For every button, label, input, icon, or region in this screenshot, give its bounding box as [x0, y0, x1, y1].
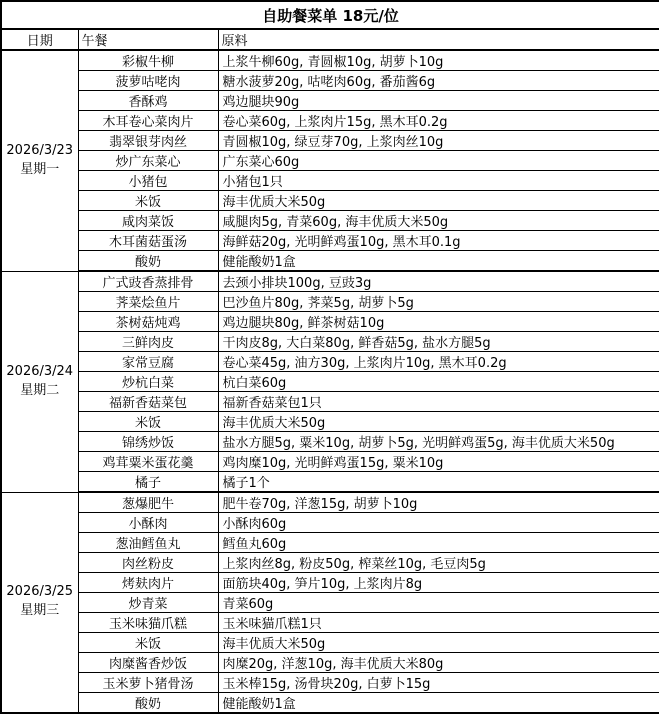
weekday-line: 星期三: [2, 602, 78, 621]
dish-name-cell: 福新香菇菜包: [78, 392, 218, 412]
dish-name-cell: 炒青菜: [78, 593, 218, 613]
column-header-date: 日期: [1, 29, 78, 50]
ingredients-cell: 鳕鱼丸60g: [218, 533, 659, 553]
dish-name-cell: 香酥鸡: [78, 91, 218, 111]
dish-name-cell: 荠菜烩鱼片: [78, 292, 218, 312]
table-row: 玉米萝卜猪骨汤 玉米棒15g, 汤骨块20g, 白萝卜15g: [1, 673, 659, 693]
dish-name-cell: 炒广东菜心: [78, 151, 218, 171]
dish-name-cell: 肉糜酱香炒饭: [78, 653, 218, 673]
ingredients-cell: 面筋块40g, 笋片10g, 上浆肉片8g: [218, 573, 659, 593]
dish-name-cell: 小猪包: [78, 171, 218, 191]
ingredients-cell: 橘子1个: [218, 472, 659, 493]
table-row: 福新香菇菜包 福新香菇菜包1只: [1, 392, 659, 412]
table-row: 炒广东菜心 广东菜心60g: [1, 151, 659, 171]
table-row: 菠萝咕咾肉 糖水菠萝20g, 咕咾肉60g, 番茄酱6g: [1, 71, 659, 91]
ingredients-cell: 青菜60g: [218, 593, 659, 613]
table-row: 橘子 橘子1个: [1, 472, 659, 493]
dish-name-cell: 家常豆腐: [78, 352, 218, 372]
column-header-ingredients: 原料: [218, 29, 659, 50]
title-row: 自助餐菜单 18元/位: [1, 1, 659, 29]
page-title: 自助餐菜单 18元/位: [1, 1, 659, 29]
date-cell: 2026/3/25星期三: [1, 492, 78, 713]
ingredients-cell: 青圆椒10g, 绿豆芽70g, 上浆肉丝10g: [218, 131, 659, 151]
weekday-line: 星期一: [2, 161, 78, 180]
table-row: 木耳卷心菜肉片 卷心菜60g, 上浆肉片15g, 黑木耳0.2g: [1, 111, 659, 131]
table-row: 酸奶 健能酸奶1盒: [1, 251, 659, 272]
table-row: 葱油鳕鱼丸 鳕鱼丸60g: [1, 533, 659, 553]
dish-name-cell: 酸奶: [78, 693, 218, 714]
dish-name-cell: 咸肉菜饭: [78, 211, 218, 231]
ingredients-cell: 鸡边腿块80g, 鲜茶树菇10g: [218, 312, 659, 332]
table-row: 小猪包 小猪包1只: [1, 171, 659, 191]
date-line: 2026/3/24: [2, 363, 78, 382]
dish-name-cell: 玉米味猫爪糕: [78, 613, 218, 633]
ingredients-cell: 玉米味猫爪糕1只: [218, 613, 659, 633]
ingredients-cell: 海丰优质大米50g: [218, 633, 659, 653]
ingredients-cell: 健能酸奶1盒: [218, 251, 659, 272]
dish-name-cell: 炒杭白菜: [78, 372, 218, 392]
table-row: 炒杭白菜 杭白菜60g: [1, 372, 659, 392]
ingredients-cell: 杭白菜60g: [218, 372, 659, 392]
ingredients-cell: 卷心菜45g, 油方30g, 上浆肉片10g, 黑木耳0.2g: [218, 352, 659, 372]
dish-name-cell: 米饭: [78, 412, 218, 432]
dish-name-cell: 木耳菌菇蛋汤: [78, 231, 218, 251]
dish-name-cell: 烤麸肉片: [78, 573, 218, 593]
table-row: 木耳菌菇蛋汤 海鲜菇20g, 光明鲜鸡蛋10g, 黑木耳0.1g: [1, 231, 659, 251]
dish-name-cell: 茶树菇炖鸡: [78, 312, 218, 332]
dish-name-cell: 翡翠银芽肉丝: [78, 131, 218, 151]
ingredients-cell: 糖水菠萝20g, 咕咾肉60g, 番茄酱6g: [218, 71, 659, 91]
table-row: 米饭 海丰优质大米50g: [1, 412, 659, 432]
ingredients-cell: 上浆肉丝8g, 粉皮50g, 榨菜丝10g, 毛豆肉5g: [218, 553, 659, 573]
dish-name-cell: 菠萝咕咾肉: [78, 71, 218, 91]
table-row: 2026/3/23星期一 彩椒牛柳 上浆牛柳60g, 青圆椒10g, 胡萝卜10…: [1, 50, 659, 71]
ingredients-cell: 小猪包1只: [218, 171, 659, 191]
ingredients-cell: 福新香菇菜包1只: [218, 392, 659, 412]
column-header-row: 日期 午餐 原料: [1, 29, 659, 50]
ingredients-cell: 小酥肉60g: [218, 513, 659, 533]
ingredients-cell: 去颈小排块100g, 豆豉3g: [218, 271, 659, 292]
table-row: 翡翠银芽肉丝 青圆椒10g, 绿豆芽70g, 上浆肉丝10g: [1, 131, 659, 151]
table-row: 肉丝粉皮 上浆肉丝8g, 粉皮50g, 榨菜丝10g, 毛豆肉5g: [1, 553, 659, 573]
table-row: 烤麸肉片 面筋块40g, 笋片10g, 上浆肉片8g: [1, 573, 659, 593]
table-row: 锦绣炒饭 盐水方腿5g, 粟米10g, 胡萝卜5g, 光明鲜鸡蛋5g, 海丰优质…: [1, 432, 659, 452]
ingredients-cell: 肥牛卷70g, 洋葱15g, 胡萝卜10g: [218, 492, 659, 513]
dish-name-cell: 广式豉香蒸排骨: [78, 271, 218, 292]
table-row: 玉米味猫爪糕 玉米味猫爪糕1只: [1, 613, 659, 633]
date-line: 2026/3/25: [2, 583, 78, 602]
weekday-line: 星期二: [2, 382, 78, 401]
ingredients-cell: 鸡边腿块90g: [218, 91, 659, 111]
date-line: 2026/3/23: [2, 142, 78, 161]
table-row: 酸奶 健能酸奶1盒: [1, 693, 659, 714]
dish-name-cell: 酸奶: [78, 251, 218, 272]
ingredients-cell: 巴沙鱼片80g, 荠菜5g, 胡萝卜5g: [218, 292, 659, 312]
dish-name-cell: 米饭: [78, 633, 218, 653]
dish-name-cell: 米饭: [78, 191, 218, 211]
ingredients-cell: 海丰优质大米50g: [218, 412, 659, 432]
dish-name-cell: 葱爆肥牛: [78, 492, 218, 513]
ingredients-cell: 鸡肉糜10g, 光明鲜鸡蛋15g, 粟米10g: [218, 452, 659, 472]
table-row: 家常豆腐 卷心菜45g, 油方30g, 上浆肉片10g, 黑木耳0.2g: [1, 352, 659, 372]
dish-name-cell: 锦绣炒饭: [78, 432, 218, 452]
dish-name-cell: 彩椒牛柳: [78, 50, 218, 71]
ingredients-cell: 海鲜菇20g, 光明鲜鸡蛋10g, 黑木耳0.1g: [218, 231, 659, 251]
menu-table: 自助餐菜单 18元/位 日期 午餐 原料 2026/3/23星期一 彩椒牛柳 上…: [0, 0, 659, 714]
table-row: 三鲜肉皮 干肉皮8g, 大白菜80g, 鲜香菇5g, 盐水方腿5g: [1, 332, 659, 352]
menu-body: 2026/3/23星期一 彩椒牛柳 上浆牛柳60g, 青圆椒10g, 胡萝卜10…: [1, 50, 659, 713]
dish-name-cell: 鸡茸粟米蛋花羹: [78, 452, 218, 472]
table-row: 米饭 海丰优质大米50g: [1, 191, 659, 211]
ingredients-cell: 玉米棒15g, 汤骨块20g, 白萝卜15g: [218, 673, 659, 693]
ingredients-cell: 海丰优质大米50g: [218, 191, 659, 211]
date-cell: 2026/3/23星期一: [1, 50, 78, 271]
ingredients-cell: 咸腿肉5g, 青菜60g, 海丰优质大米50g: [218, 211, 659, 231]
table-row: 茶树菇炖鸡 鸡边腿块80g, 鲜茶树菇10g: [1, 312, 659, 332]
table-row: 咸肉菜饭 咸腿肉5g, 青菜60g, 海丰优质大米50g: [1, 211, 659, 231]
dish-name-cell: 三鲜肉皮: [78, 332, 218, 352]
dish-name-cell: 橘子: [78, 472, 218, 493]
ingredients-cell: 健能酸奶1盒: [218, 693, 659, 714]
table-row: 荠菜烩鱼片 巴沙鱼片80g, 荠菜5g, 胡萝卜5g: [1, 292, 659, 312]
dish-name-cell: 肉丝粉皮: [78, 553, 218, 573]
date-cell: 2026/3/24星期二: [1, 271, 78, 492]
column-header-lunch: 午餐: [78, 29, 218, 50]
ingredients-cell: 肉糜20g, 洋葱10g, 海丰优质大米80g: [218, 653, 659, 673]
dish-name-cell: 木耳卷心菜肉片: [78, 111, 218, 131]
table-row: 米饭 海丰优质大米50g: [1, 633, 659, 653]
table-row: 鸡茸粟米蛋花羹 鸡肉糜10g, 光明鲜鸡蛋15g, 粟米10g: [1, 452, 659, 472]
ingredients-cell: 广东菜心60g: [218, 151, 659, 171]
table-row: 炒青菜 青菜60g: [1, 593, 659, 613]
ingredients-cell: 干肉皮8g, 大白菜80g, 鲜香菇5g, 盐水方腿5g: [218, 332, 659, 352]
ingredients-cell: 卷心菜60g, 上浆肉片15g, 黑木耳0.2g: [218, 111, 659, 131]
table-row: 2026/3/24星期二 广式豉香蒸排骨 去颈小排块100g, 豆豉3g: [1, 271, 659, 292]
ingredients-cell: 上浆牛柳60g, 青圆椒10g, 胡萝卜10g: [218, 50, 659, 71]
ingredients-cell: 盐水方腿5g, 粟米10g, 胡萝卜5g, 光明鲜鸡蛋5g, 海丰优质大米50g: [218, 432, 659, 452]
dish-name-cell: 玉米萝卜猪骨汤: [78, 673, 218, 693]
table-row: 肉糜酱香炒饭 肉糜20g, 洋葱10g, 海丰优质大米80g: [1, 653, 659, 673]
dish-name-cell: 葱油鳕鱼丸: [78, 533, 218, 553]
table-row: 2026/3/25星期三 葱爆肥牛 肥牛卷70g, 洋葱15g, 胡萝卜10g: [1, 492, 659, 513]
table-row: 香酥鸡 鸡边腿块90g: [1, 91, 659, 111]
table-row: 小酥肉 小酥肉60g: [1, 513, 659, 533]
dish-name-cell: 小酥肉: [78, 513, 218, 533]
